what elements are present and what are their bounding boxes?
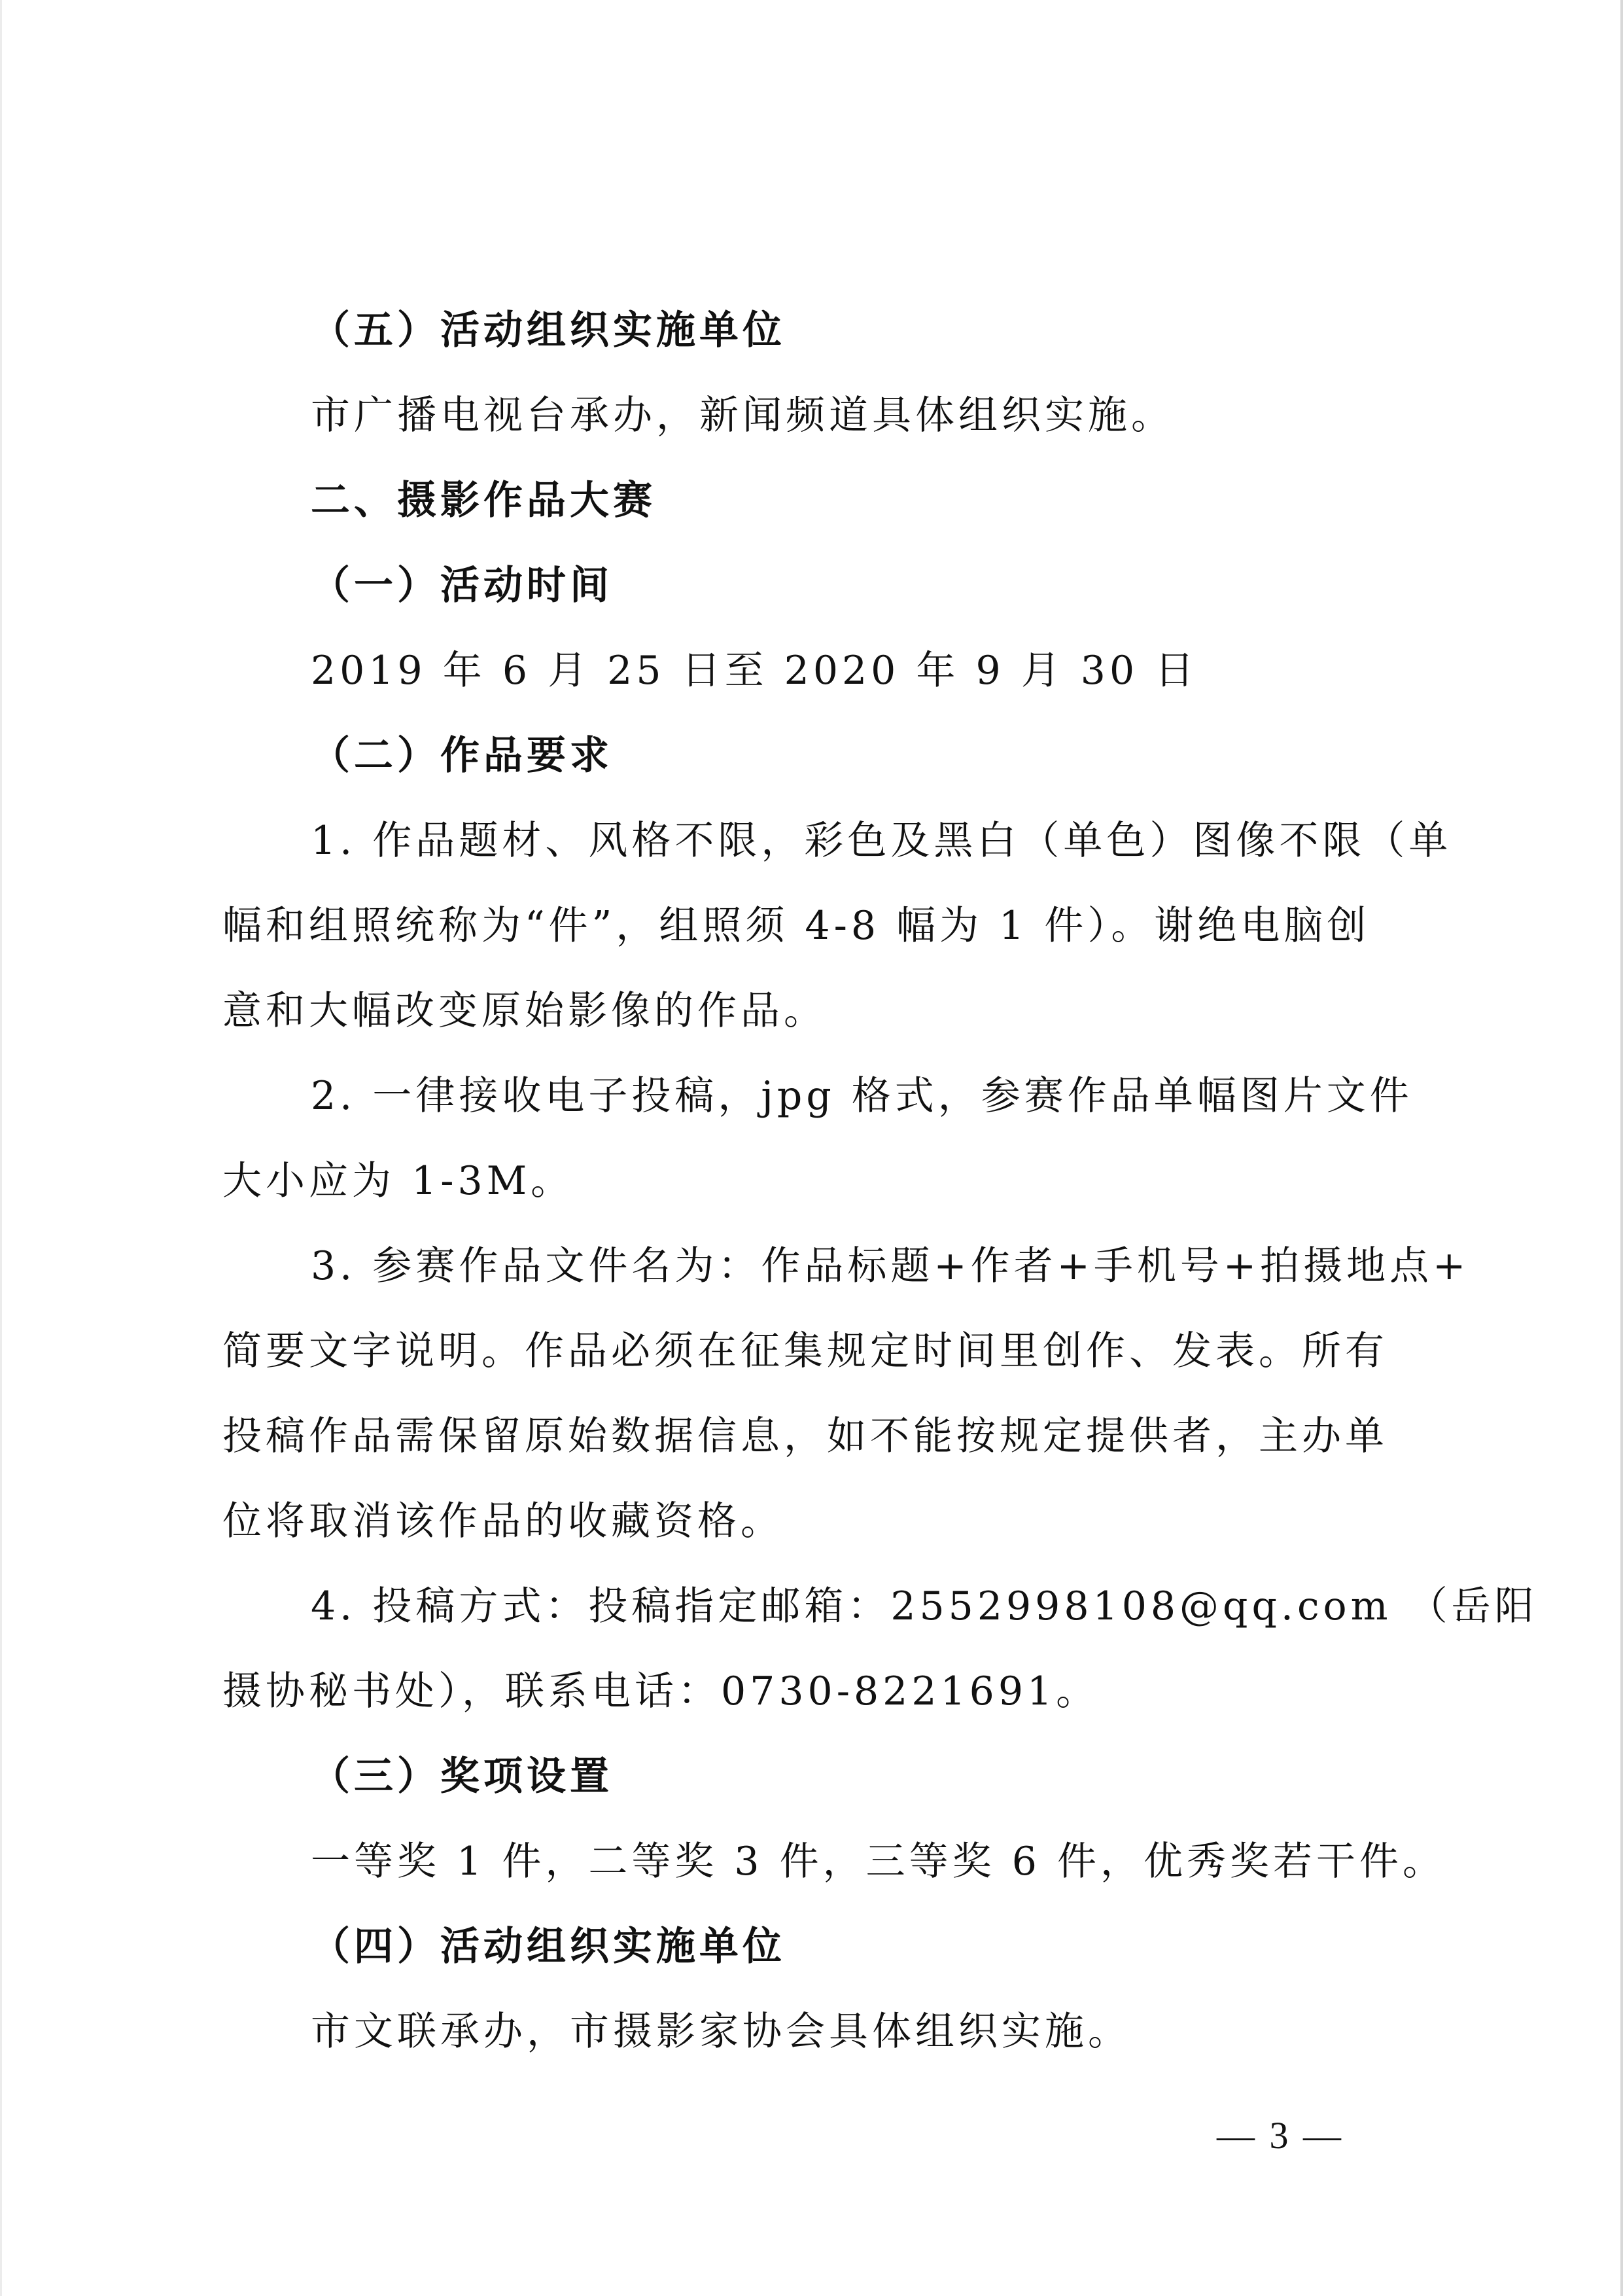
part-heading: 二、摄影作品大赛 (311, 474, 1488, 527)
section-heading: （二）作品要求 (311, 730, 1488, 782)
scan-edge-right (1620, 0, 1623, 2296)
paragraph: 市广播电视台承办，新闻频道具体组织实施。 (311, 389, 1488, 442)
paragraph: 一等奖 1 件，二等奖 3 件，三等奖 6 件，优秀奖若干件。 (311, 1835, 1488, 1888)
document-page: （五）活动组织实施单位 市广播电视台承办，新闻频道具体组织实施。 二、摄影作品大… (0, 0, 1623, 2296)
section-heading: （四）活动组织实施单位 (311, 1920, 1488, 1973)
section-heading: （五）活动组织实施单位 (311, 304, 1488, 357)
paragraph: 意和大幅改变原始影像的作品。 (222, 985, 1400, 1037)
paragraph: 幅和组照统称为“件”，组照须 4-8 幅为 1 件）。谢绝电脑创 (222, 900, 1400, 952)
paragraph: 位将取消该作品的收藏资格。 (222, 1495, 1400, 1547)
scan-edge-left (0, 0, 2, 2296)
paragraph: 4. 投稿方式：投稿指定邮箱：2552998108@qq.com （岳阳 (311, 1580, 1488, 1633)
paragraph: 3. 参赛作品文件名为：作品标题+作者+手机号+拍摄地点+ (311, 1240, 1488, 1292)
paragraph: 2. 一律接收电子投稿，jpg 格式，参赛作品单幅图片文件 (311, 1070, 1488, 1122)
section-heading: （一）活动时间 (311, 559, 1488, 612)
paragraph: 投稿作品需保留原始数据信息，如不能按规定提供者，主办单 (222, 1410, 1400, 1462)
paragraph: 市文联承办，市摄影家协会具体组织实施。 (311, 2005, 1488, 2058)
paragraph: 1. 作品题材、风格不限，彩色及黑白（单色）图像不限（单 (311, 815, 1488, 867)
paragraph: 摄协秘书处），联系电话：0730-8221691。 (222, 1665, 1400, 1718)
paragraph: 2019 年 6 月 25 日至 2020 年 9 月 30 日 (311, 645, 1488, 697)
paragraph: 大小应为 1-3M。 (222, 1155, 1400, 1207)
paragraph: 简要文字说明。作品必须在征集规定时间里创作、发表。所有 (222, 1325, 1400, 1377)
page-number: — 3 — (1217, 2113, 1344, 2157)
section-heading: （三）奖项设置 (311, 1750, 1488, 1803)
